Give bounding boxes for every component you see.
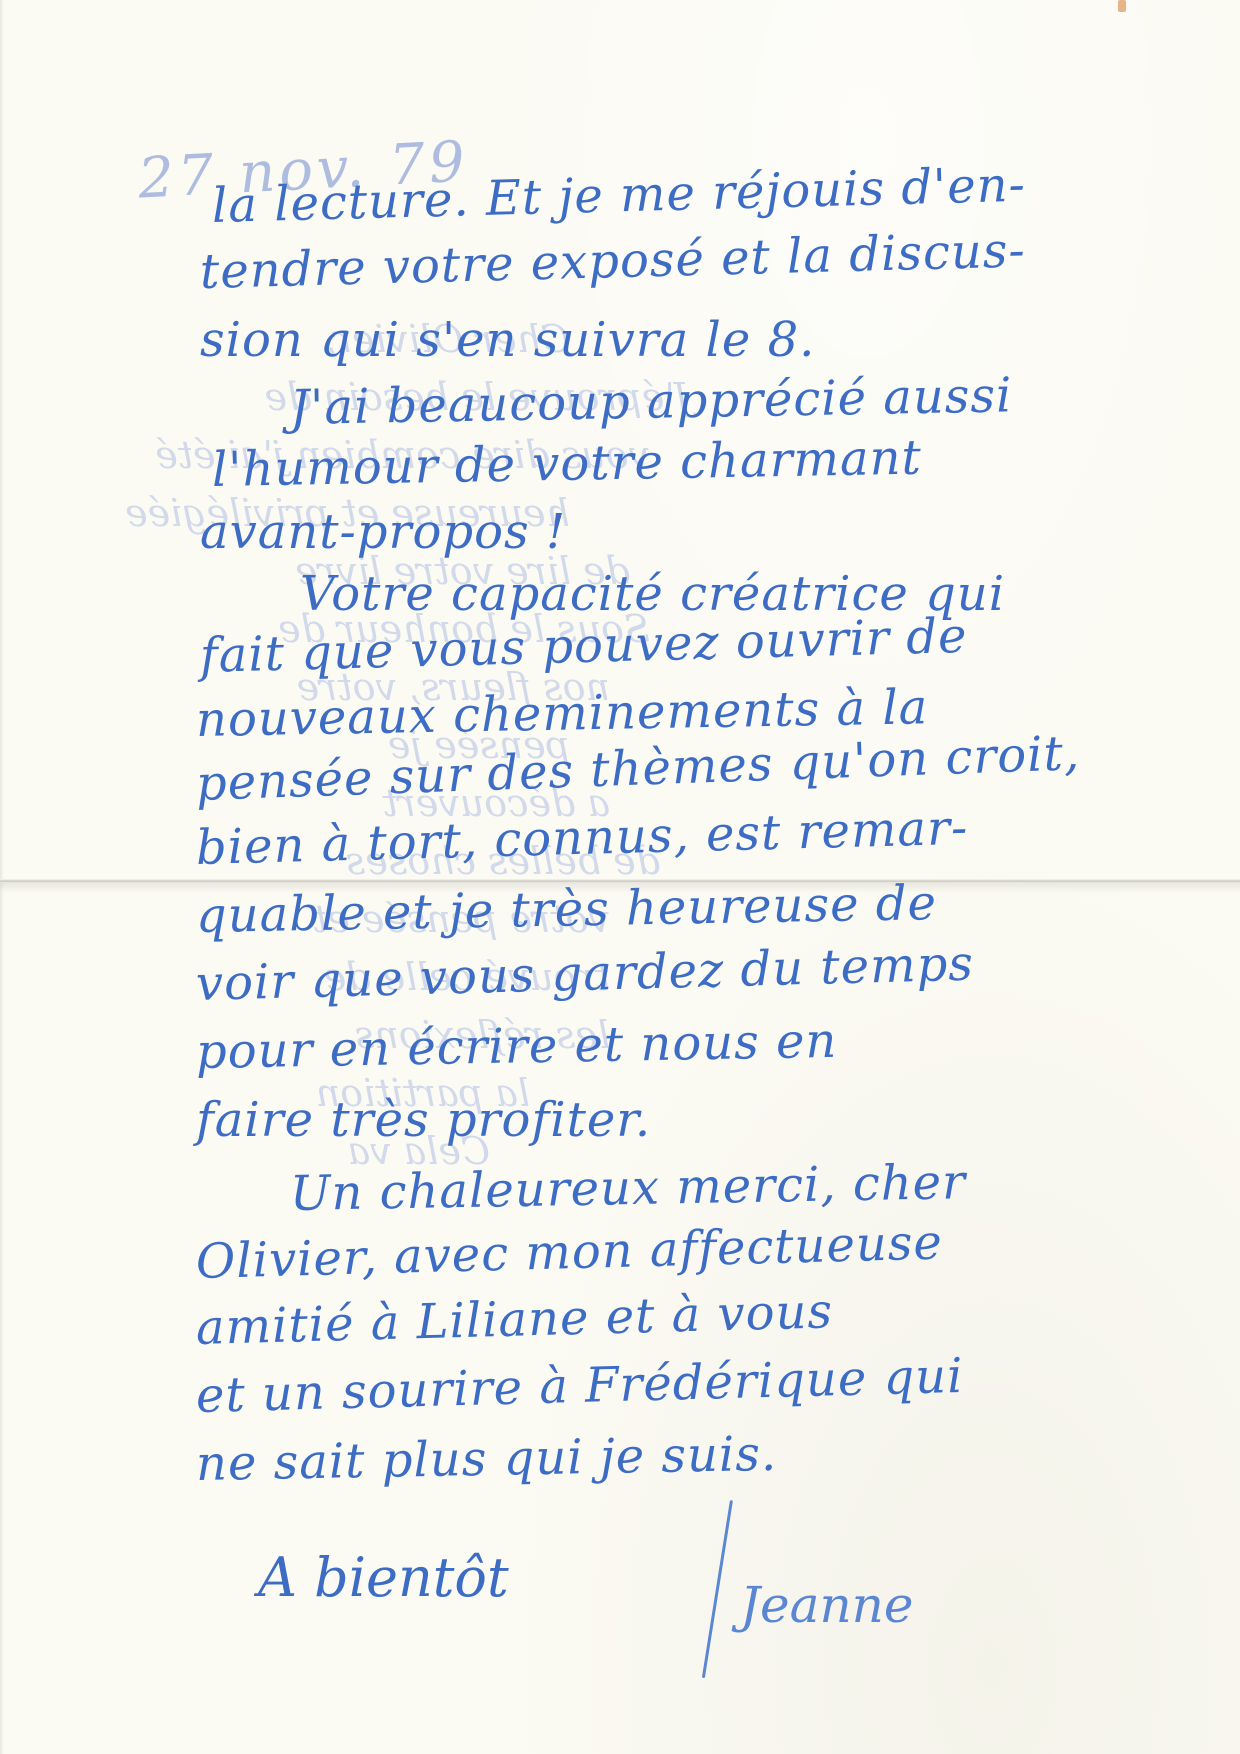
letter-line: faire très profiter.: [196, 1092, 651, 1148]
paper-edge: [0, 0, 4, 1754]
letter-line: sion qui s'en suivra le 8.: [200, 312, 815, 368]
letter-line: avant-propos !: [200, 504, 566, 560]
letter-line: Un chaleureux merci, cher: [290, 1154, 967, 1222]
letter-closing: A bientôt: [258, 1546, 509, 1609]
paper-smudge: [1118, 0, 1126, 12]
letter-line: ne sait plus qui je suis.: [196, 1426, 778, 1492]
letter-signature: Jeanne: [740, 1576, 913, 1634]
letter-line: pour en écrire et nous en: [196, 1013, 838, 1080]
